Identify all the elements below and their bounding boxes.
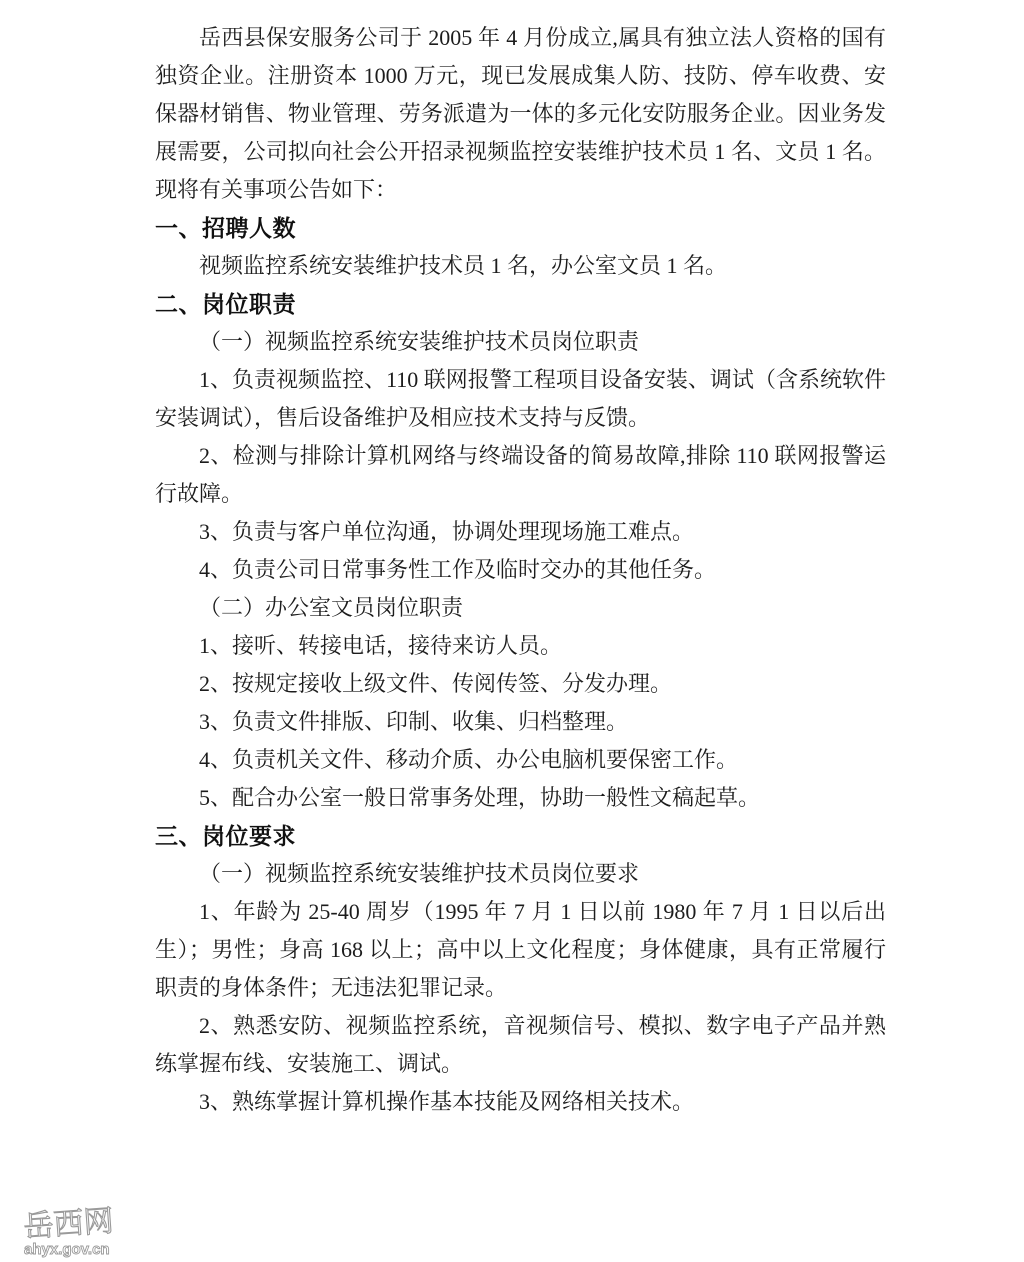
duties-clerk-item-4: 4、负责机关文件、移动介质、办公电脑机要保密工作。 bbox=[155, 741, 886, 779]
site-watermark-logo: 岳西网 ahyx.gov.cn bbox=[20, 1200, 140, 1258]
duties-clerk-item-1: 1、接听、转接电话，接待来访人员。 bbox=[155, 627, 886, 665]
duties-tech-item-1: 1、负责视频监控、110 联网报警工程项目设备安装、调试（含系统软件安装调试），… bbox=[155, 361, 886, 437]
duties-tech-item-4: 4、负责公司日常事务性工作及临时交办的其他任务。 bbox=[155, 551, 886, 589]
duties-tech-item-2: 2、检测与排除计算机网络与终端设备的简易故障,排除 110 联网报警运行故障。 bbox=[155, 437, 886, 513]
duties-tech-subheading: （一）视频监控系统安装维护技术员岗位职责 bbox=[155, 323, 886, 361]
recruit-count-paragraph: 视频监控系统安装维护技术员 1 名，办公室文员 1 名。 bbox=[155, 247, 886, 285]
intro-paragraph: 岳西县保安服务公司于 2005 年 4 月份成立,属具有独立法人资格的国有独资企… bbox=[155, 19, 886, 209]
watermark-logo-text: 岳西网 bbox=[23, 1205, 115, 1244]
section-heading-job-duties: 二、岗位职责 bbox=[155, 285, 886, 323]
requirements-tech-subheading: （一）视频监控系统安装维护技术员岗位要求 bbox=[155, 855, 886, 893]
section-heading-job-requirements: 三、岗位要求 bbox=[155, 817, 886, 855]
duties-clerk-item-3: 3、负责文件排版、印制、收集、归档整理。 bbox=[155, 703, 886, 741]
duties-clerk-item-2: 2、按规定接收上级文件、传阅传签、分发办理。 bbox=[155, 665, 886, 703]
duties-clerk-subheading: （二）办公室文员岗位职责 bbox=[155, 589, 886, 627]
duties-clerk-item-5: 5、配合办公室一般日常事务处理，协助一般性文稿起草。 bbox=[155, 779, 886, 817]
requirements-item-2: 2、熟悉安防、视频监控系统，音视频信号、模拟、数字电子产品并熟练掌握布线、安装施… bbox=[155, 1007, 886, 1083]
section-heading-recruit-count: 一、招聘人数 bbox=[155, 209, 886, 247]
watermark-site-url: ahyx.gov.cn bbox=[24, 1241, 110, 1258]
requirements-item-1: 1、年龄为 25-40 周岁（1995 年 7 月 1 日以前 1980 年 7… bbox=[155, 893, 886, 1007]
duties-tech-item-3: 3、负责与客户单位沟通，协调处理现场施工难点。 bbox=[155, 513, 886, 551]
requirements-item-3: 3、熟练掌握计算机操作基本技能及网络相关技术。 bbox=[155, 1083, 886, 1121]
announcement-document: 岳西县保安服务公司于 2005 年 4 月份成立,属具有独立法人资格的国有独资企… bbox=[0, 0, 1024, 1121]
